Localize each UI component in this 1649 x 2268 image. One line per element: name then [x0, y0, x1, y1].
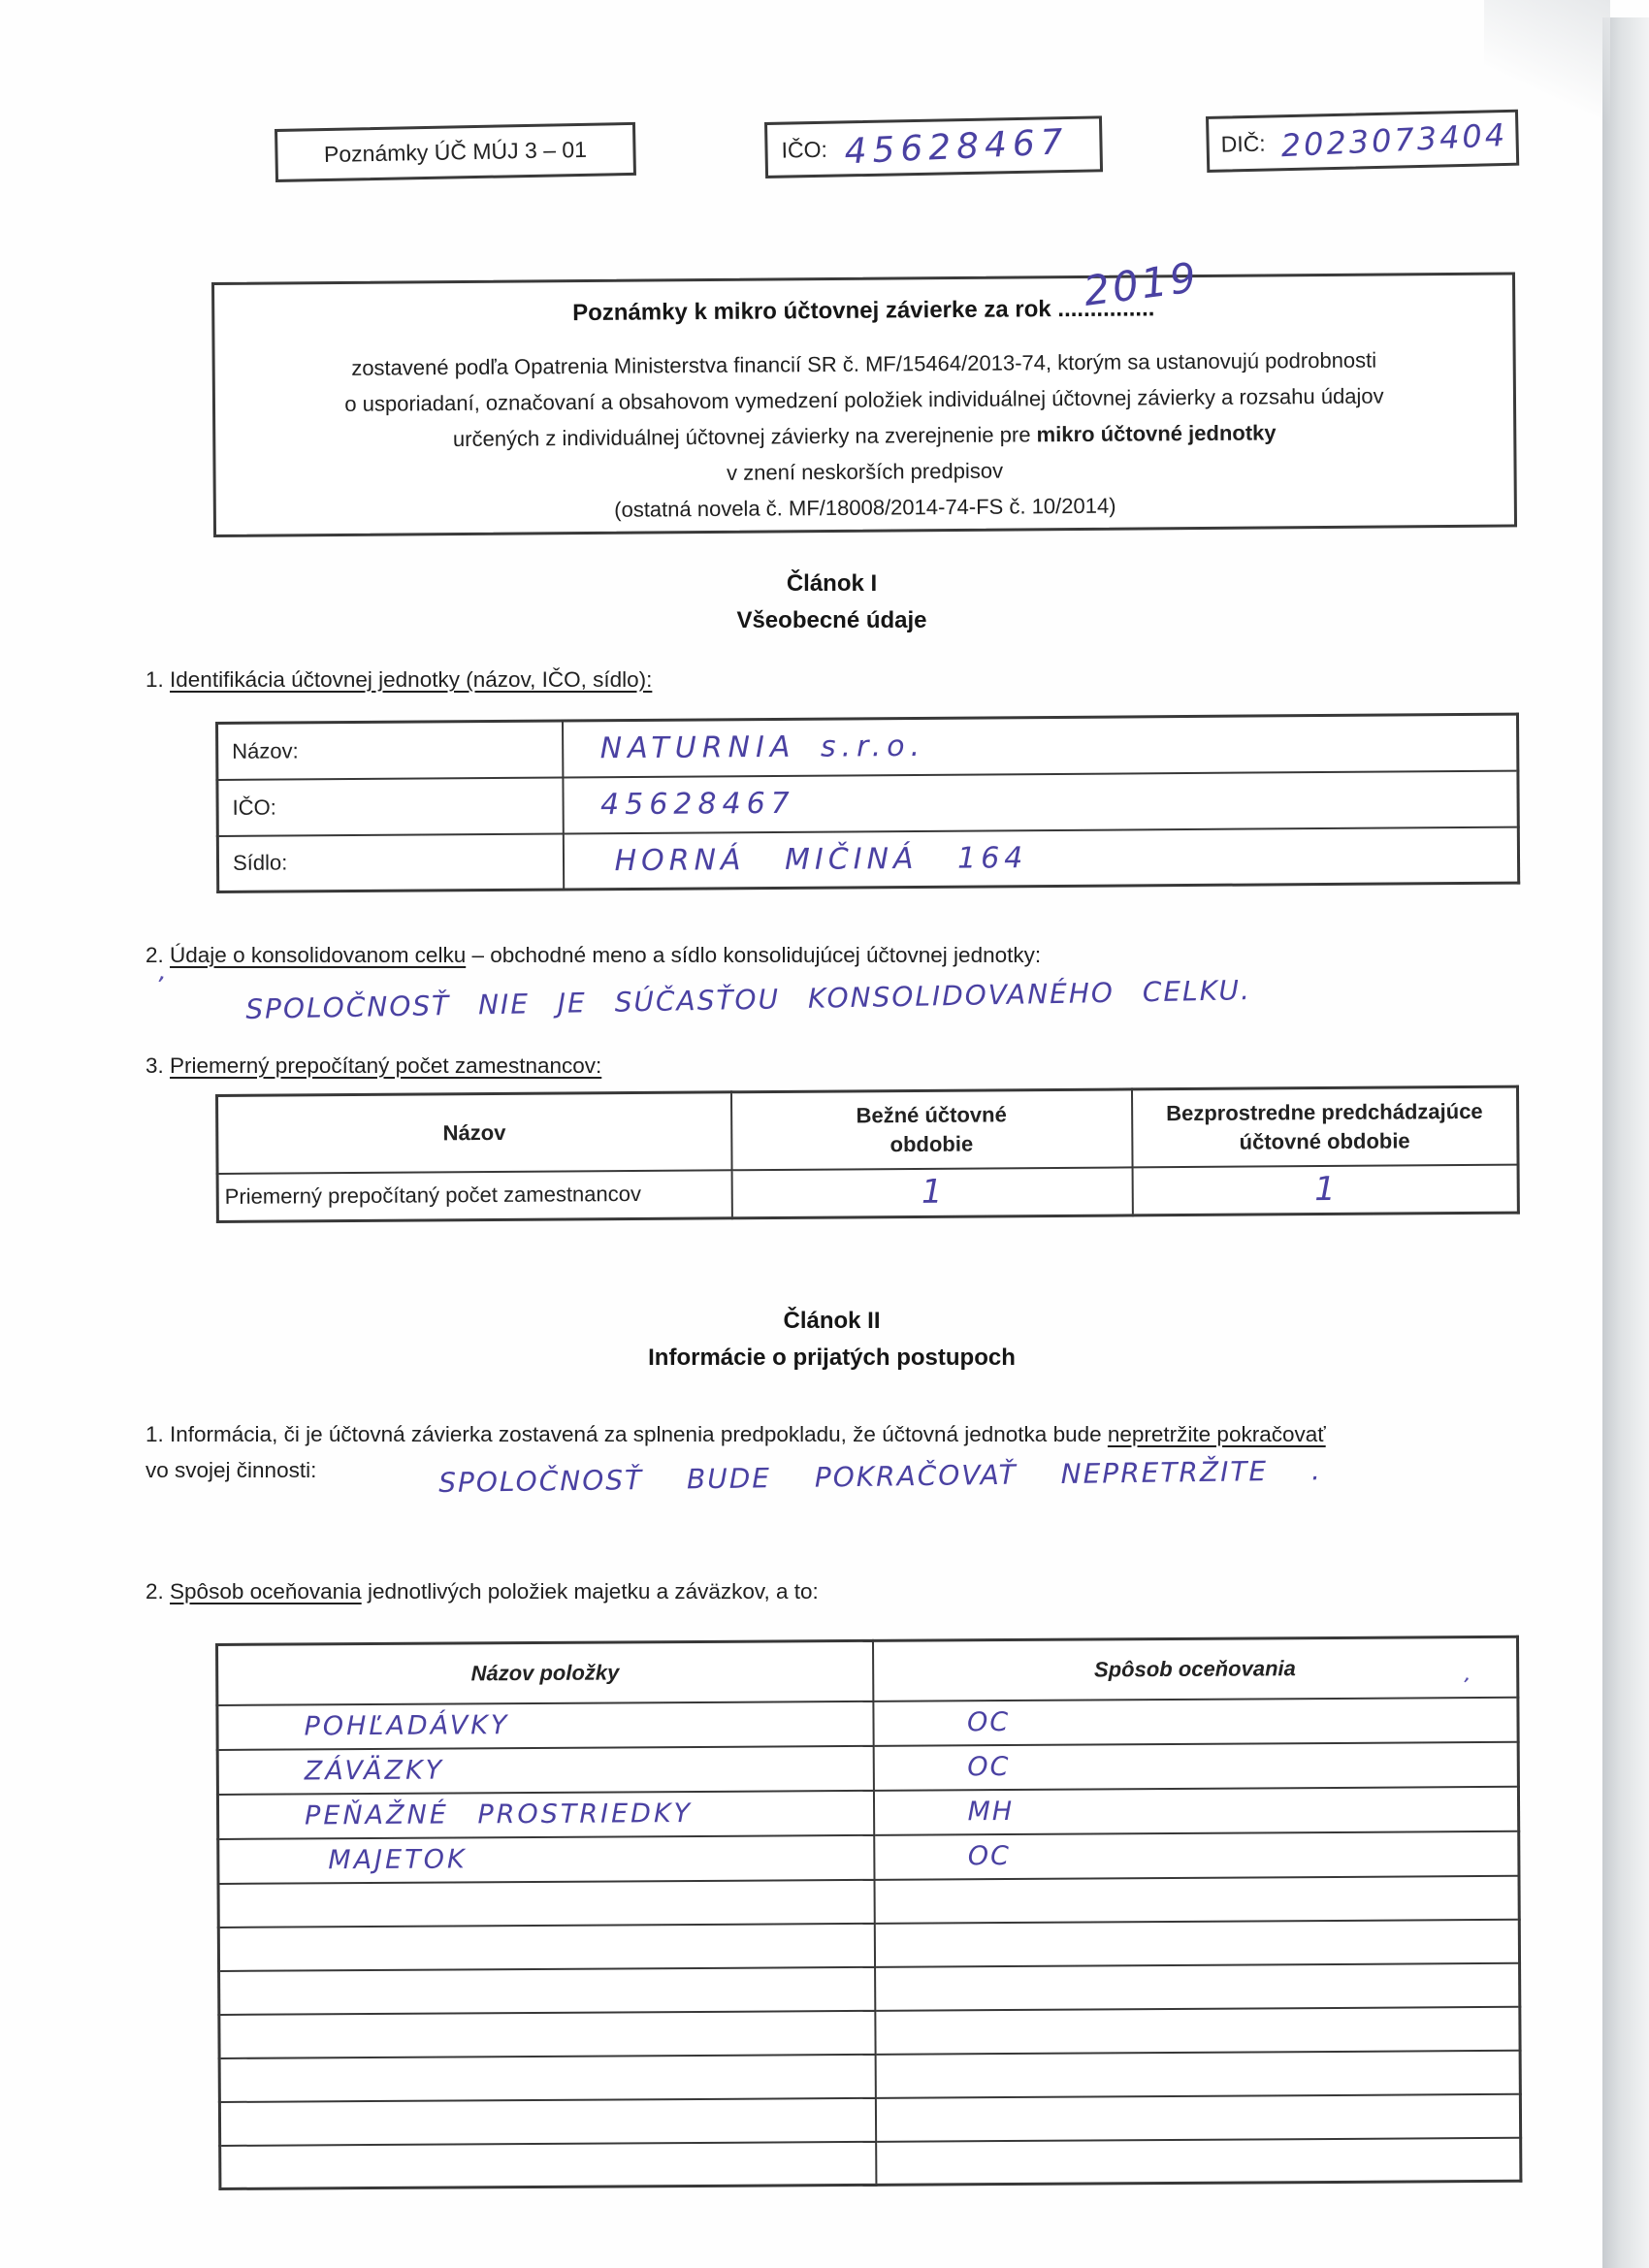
table-row: Priemerný prepočítaný počet zamestnancov… — [217, 1164, 1518, 1221]
id-row-sidlo-label: Sídlo: — [217, 833, 563, 891]
emp-header-current-period: Bežné účtovné obdobie — [730, 1089, 1132, 1170]
scanned-document-page: Poznámky ÚČ MÚJ 3 – 01 IČO: 45628467 DIČ… — [0, 0, 1649, 2268]
article2-section2-number: 2. — [145, 1579, 164, 1604]
article1-section3-title: 3. Priemerný prepočítaný počet zamestnan… — [145, 1053, 601, 1079]
article1-section2-number: 2. — [145, 943, 164, 967]
valuation-method-cell: OC — [874, 1831, 1519, 1879]
valuation-item-handwritten: MAJETOK — [328, 1844, 467, 1875]
article2-section2-title: 2. Spôsob oceňovania jednotlivých položi… — [145, 1579, 819, 1604]
id-row-ico-value: 45628467 — [563, 770, 1518, 833]
emp-header-current-line1: Bežné účtovné — [733, 1099, 1130, 1131]
document-title: Poznámky k mikro účtovnej závierke za ro… — [572, 296, 1051, 326]
valuation-header-item: Názov položky — [217, 1640, 873, 1704]
sidlo-value-handwritten: HORNÁ MIČINÁ 164 — [614, 841, 1027, 878]
table-row-empty — [219, 2050, 1520, 2101]
article2-subheading: Informácie o prijatých postupoch — [145, 1345, 1518, 1372]
valuation-item-cell: POHĽADÁVKY — [217, 1701, 873, 1749]
table-row-empty — [219, 1962, 1520, 2014]
dic-box: DIČ: 2023073404 — [1206, 110, 1519, 173]
emp-header-previous-period: Bezprostredne predchádzajúce účtovné obd… — [1131, 1086, 1518, 1167]
valuation-method-handwritten: OC — [967, 1752, 1010, 1782]
valuation-method-cell: OC — [873, 1741, 1518, 1790]
pen-mark: ’ — [151, 971, 166, 1001]
id-row-ico-label: IČO: — [217, 777, 563, 835]
table-row: Názov: NATURNIA s.r.o. — [217, 714, 1518, 779]
emp-current-handwritten: 1 — [921, 1173, 943, 1212]
valuation-header-method: Spôsob oceňovania — [872, 1636, 1517, 1701]
valuation-method-handwritten: MH — [967, 1797, 1014, 1827]
emp-previous-handwritten: 1 — [1314, 1170, 1336, 1209]
emp-header-previous-line2: účtovné obdobie — [1134, 1125, 1516, 1157]
valuation-method-handwritten: OC — [968, 1841, 1011, 1871]
article1-section3-text: Priemerný prepočítaný počet zamestnancov… — [170, 1053, 601, 1078]
emp-row-label: Priemerný prepočítaný počet zamestnancov — [217, 1170, 731, 1222]
id-row-nazov-value: NATURNIA s.r.o. — [563, 714, 1518, 777]
empty-cell — [875, 1962, 1520, 2010]
dic-label: DIČ: — [1220, 130, 1266, 157]
empty-cell — [874, 1919, 1519, 1966]
article1-section3-number: 3. — [145, 1053, 164, 1078]
valuation-item-handwritten: PEŇAŽNÉ PROSTRIEDKY — [305, 1798, 693, 1831]
article1-section1-number: 1. — [145, 667, 164, 692]
article2-section1-line1: 1. Informácia, či je účtovná závierka zo… — [145, 1416, 1326, 1452]
empty-cell — [875, 2050, 1520, 2097]
table-row: PEŇAŽNÉ PROSTRIEDKY MH — [217, 1786, 1518, 1838]
article2-section2-underlined: Spôsob oceňovania — [170, 1579, 362, 1604]
article1-heading: Článok I — [145, 570, 1518, 598]
table-row-empty — [218, 1875, 1519, 1927]
empty-cell — [219, 2097, 875, 2145]
empty-cell — [219, 2010, 875, 2057]
identification-table: Názov: NATURNIA s.r.o. IČO: 45628467 Síd… — [215, 713, 1520, 893]
nazov-value-handwritten: NATURNIA s.r.o. — [600, 729, 926, 765]
table-row-empty — [220, 2137, 1521, 2188]
empty-cell — [876, 2137, 1521, 2185]
emp-header-nazov: Názov — [217, 1092, 732, 1174]
article1-section2-title: 2. Údaje o konsolidovanom celku – obchod… — [145, 943, 1041, 968]
empty-cell — [875, 2093, 1520, 2141]
article1-section2-rest: – obchodné meno a sídlo konsolidujúcej ú… — [466, 943, 1041, 967]
valuation-table: Názov položky Spôsob oceňovania POHĽADÁV… — [215, 1636, 1522, 2190]
id-row-sidlo-value: HORNÁ MIČINÁ 164 — [563, 826, 1518, 890]
emp-header-previous-line1: Bezprostredne predchádzajúce — [1134, 1096, 1516, 1128]
article2-section1-text: Informácia, či je účtovná závierka zosta… — [170, 1422, 1108, 1446]
table-header-row: Názov položky Spôsob oceňovania — [217, 1636, 1518, 1704]
table-row-empty — [219, 2006, 1520, 2057]
emp-header-current-line2: obdobie — [733, 1128, 1130, 1160]
form-code-box: Poznámky ÚČ MÚJ 3 – 01 — [275, 122, 636, 182]
title-paragraph-line3-normal: určených z individuálnej účtovnej závier… — [453, 422, 1037, 451]
valuation-item-cell: MAJETOK — [218, 1834, 874, 1883]
article1-section1-title: 1. Identifikácia účtovnej jednotky (názo… — [145, 667, 652, 693]
section2-answer-handwritten: SPOLOČNOSŤ NIE JE SÚČASŤOU KONSOLIDOVANÉ… — [245, 974, 1251, 1025]
table-row-empty — [219, 2093, 1520, 2145]
empty-cell — [218, 1879, 874, 1927]
emp-current-value: 1 — [731, 1167, 1132, 1218]
dic-value-handwritten: 2023073404 — [1280, 116, 1508, 164]
ico-box: IČO: 45628467 — [764, 115, 1103, 178]
id-row-nazov-label: Názov: — [217, 721, 563, 779]
valuation-item-cell: PEŇAŽNÉ PROSTRIEDKY — [217, 1790, 873, 1838]
ico-value-handwritten-2: 45628467 — [600, 787, 795, 822]
article2-section1-number: 1. — [145, 1422, 164, 1446]
empty-cell — [219, 1966, 875, 2014]
table-row: IČO: 45628467 — [217, 770, 1518, 835]
valuation-item-handwritten: POHĽADÁVKY — [304, 1710, 509, 1741]
empty-cell — [219, 2054, 875, 2101]
empty-cell — [220, 2141, 876, 2188]
article1-section2-underlined: Údaje o konsolidovanom celku — [170, 943, 466, 967]
table-row: MAJETOK OC — [218, 1831, 1519, 1883]
article1-subheading: Všeobecné údaje — [145, 607, 1518, 634]
table-row-empty — [218, 1919, 1519, 1970]
title-paragraph-line3-bold: mikro účtovné jednotky — [1037, 420, 1277, 446]
empty-cell — [874, 1875, 1519, 1923]
ico-value-handwritten: 45628467 — [844, 121, 1070, 171]
valuation-item-cell: ZÁVÄZKY — [217, 1745, 873, 1794]
article2-section1-underlined: nepretržite pokračovať — [1108, 1422, 1326, 1446]
empty-cell — [218, 1923, 874, 1970]
article2-heading: Článok II — [145, 1308, 1518, 1335]
valuation-method-handwritten: OC — [967, 1707, 1010, 1737]
table-row: Sídlo: HORNÁ MIČINÁ 164 — [217, 826, 1518, 891]
title-paragraph: zostavené podľa Opatrenia Ministerstva f… — [215, 340, 1514, 531]
table-row: ZÁVÄZKY OC — [217, 1741, 1518, 1794]
form-code-label: Poznámky ÚČ MÚJ 3 – 01 — [324, 137, 587, 168]
valuation-method-cell: MH — [873, 1786, 1518, 1834]
document-title-line: Poznámky k mikro účtovnej závierke za ro… — [214, 292, 1512, 330]
empty-cell — [875, 2006, 1520, 2054]
valuation-item-handwritten: ZÁVÄZKY — [305, 1756, 445, 1787]
employees-table: Názov Bežné účtovné obdobie Bezprostredn… — [215, 1085, 1520, 1223]
table-row: POHĽADÁVKY OC — [217, 1697, 1518, 1749]
article1-section1-text: Identifikácia účtovnej jednotky (názov, … — [170, 667, 652, 692]
scanner-edge-shadow — [1602, 17, 1649, 2268]
ico-label: IČO: — [781, 136, 827, 163]
table-header-row: Názov Bežné účtovné obdobie Bezprostredn… — [217, 1086, 1519, 1173]
emp-previous-value: 1 — [1132, 1164, 1518, 1215]
article2-section2-rest: jednotlivých položiek majetku a záväzkov… — [362, 1579, 819, 1604]
title-box: Poznámky k mikro účtovnej závierke za ro… — [211, 272, 1517, 537]
valuation-method-cell: OC — [873, 1697, 1518, 1745]
